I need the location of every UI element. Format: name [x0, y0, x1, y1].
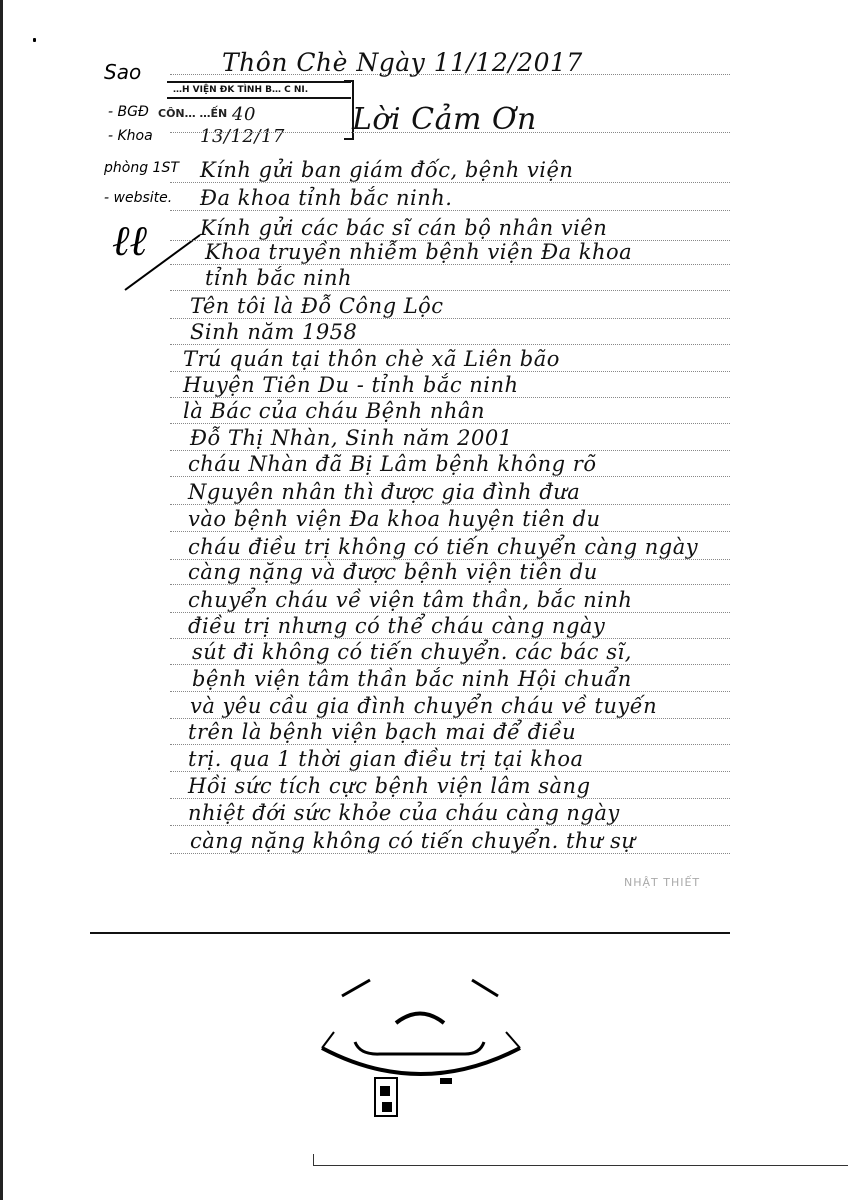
ruled-line [170, 664, 730, 665]
letter-line: nhiệt đới sức khỏe của cháu càng ngày [188, 801, 620, 825]
letter-line: càng nặng và được bệnh viện tiên du [188, 560, 598, 584]
scan-speck [33, 38, 36, 42]
letter-line: trị. qua 1 thời gian điều trị tại khoa [188, 747, 584, 771]
letter-line: Hồi sức tích cực bệnh viện lâm sàng [188, 774, 591, 798]
ruled-line [170, 638, 730, 639]
ruled-line [170, 825, 730, 826]
letter-line: Sinh năm 1958 [190, 320, 357, 344]
letter-line: trên là bệnh viện bạch mai để điều [188, 720, 576, 744]
letter-line: Đỗ Thị Nhàn, Sinh năm 2001 [190, 426, 513, 450]
letter-line: là Bác của cháu Bệnh nhân [183, 399, 485, 423]
letter-line: càng nặng không có tiến chuyển. thư sự [190, 829, 635, 853]
ruled-line [170, 476, 730, 477]
margin-note-sao: Sao [104, 60, 141, 84]
margin-note-website: - website. [104, 190, 172, 206]
letter-line: Huyện Tiên Du - tỉnh bắc ninh [183, 373, 519, 397]
stamp-line-2: CÔN… …ẾN [158, 107, 227, 120]
stamp-number: 40 [232, 104, 256, 125]
letter-line: Tên tôi là Đỗ Công Lộc [190, 294, 444, 318]
letter-line: cháu Nhàn đã Bị Lâm bệnh không rõ [188, 452, 596, 476]
ruled-line [170, 371, 730, 372]
ruled-line [170, 423, 730, 424]
ruled-line [170, 798, 730, 799]
letter-line: vào bệnh viện Đa khoa huyện tiên du [188, 507, 601, 531]
letter-line: Trú quán tại thôn chè xã Liên bão [183, 347, 560, 371]
ruled-line [170, 853, 730, 854]
scanned-letter-page: Thôn Chè Ngày 11/12/2017 …H VIỆN ĐK TÌNH… [0, 0, 848, 1200]
letter-line: cháu điều trị không có tiến chuyển càng … [188, 535, 698, 559]
ruled-line [170, 290, 730, 291]
ruled-line [170, 74, 730, 75]
letter-line: Kính gửi ban giám đốc, bệnh viện [200, 158, 573, 182]
ruled-line [170, 182, 730, 183]
letter-line: Nguyên nhân thì được gia đình đưa [188, 480, 580, 504]
separator-rule [90, 932, 730, 934]
ruled-line [170, 718, 730, 719]
letter-line: điều trị nhưng có thể cháu càng ngày [188, 614, 605, 638]
letter-line: Kính gửi các bác sĩ cán bộ nhân viên [200, 216, 607, 240]
ruled-line [170, 210, 730, 211]
bottom-frame-line [313, 1165, 848, 1166]
letter-line: Đa khoa tỉnh bắc ninh. [200, 186, 452, 210]
margin-note-bgd: - BGĐ [108, 104, 149, 120]
ruled-line [170, 691, 730, 692]
stamp-date: 13/12/17 [200, 126, 285, 147]
ruled-line [170, 318, 730, 319]
letter-line: tỉnh bắc ninh [205, 266, 352, 290]
margin-note-phong: phòng 1ST [104, 160, 179, 176]
faint-watermark: NHẬT THIẾT [624, 876, 700, 889]
ruled-line [170, 744, 730, 745]
ruled-line [170, 450, 730, 451]
letter-line: Khoa truyền nhiễm bệnh viện Đa khoa [205, 240, 632, 264]
received-stamp-header: …H VIỆN ĐK TÌNH B… C NI. [167, 81, 351, 99]
scan-edge-border [0, 0, 3, 1200]
ruled-line [170, 264, 730, 265]
letter-line: bệnh viện tâm thần bắc ninh Hội chuẩn [192, 667, 632, 691]
place-date-heading: Thôn Chè Ngày 11/12/2017 [222, 48, 583, 77]
letter-line: và yêu cầu gia đình chuyển cháu về tuyến [190, 694, 657, 718]
ruled-line [170, 584, 730, 585]
ruled-line [170, 344, 730, 345]
ruled-line [170, 612, 730, 613]
smiling-face-illustration [300, 960, 560, 1140]
letter-line: sút đi không có tiến chuyển. các bác sĩ, [192, 640, 632, 664]
ruled-line [170, 531, 730, 532]
ruled-line [170, 771, 730, 772]
ruled-line [170, 132, 730, 133]
ruled-line [170, 397, 730, 398]
margin-note-khoa: - Khoa [108, 128, 153, 144]
ruled-line [170, 504, 730, 505]
letter-line: chuyển cháu về viện tâm thần, bắc ninh [188, 588, 632, 612]
